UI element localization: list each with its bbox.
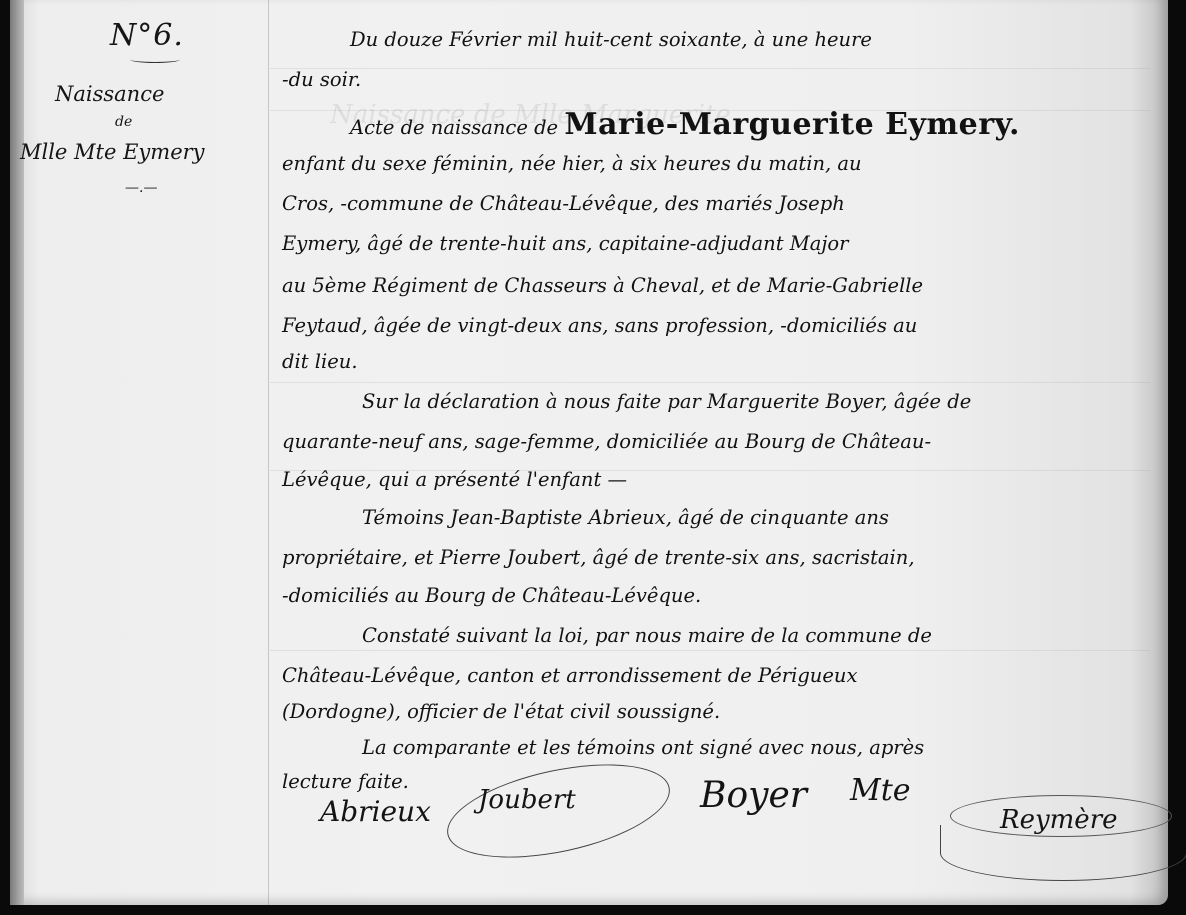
- signature-mte: Mte: [850, 773, 911, 808]
- margin-dash: —.—: [125, 180, 157, 196]
- body-line: Eymery, âgé de trente-huit ans, capitain…: [282, 234, 848, 254]
- body-line: La comparante et les témoins ont signé a…: [362, 738, 924, 758]
- body-line: Cros, -commune de Château-Lévêque, des m…: [282, 194, 845, 214]
- body-line: Constaté suivant la loi, par nous maire …: [362, 626, 932, 646]
- body-line: Acte de naissance de Marie-Marguerite Ey…: [350, 110, 1020, 140]
- body-line: Témoins Jean-Baptiste Abrieux, âgé de ci…: [362, 508, 889, 528]
- signature-abrieux: Abrieux: [320, 795, 431, 828]
- body-line: Du douze Février mil huit-cent soixante,…: [350, 30, 872, 50]
- body-line: enfant du sexe féminin, née hier, à six …: [282, 154, 862, 174]
- ruled-line: [270, 650, 1150, 651]
- margin-title: Naissance: [55, 82, 164, 106]
- scanned-register-page: Naissance de Mlle Marguerite N°6. Naissa…: [0, 0, 1186, 915]
- body-line: -du soir.: [282, 70, 361, 90]
- act-number: N°6.: [110, 18, 184, 53]
- body-line: quarante-neuf ans, sage-femme, domicilié…: [282, 432, 931, 452]
- body-line: Lévêque, qui a présenté l'enfant —: [282, 470, 627, 490]
- signature-joubert: Joubert: [478, 785, 576, 815]
- body-line: -domiciliés au Bourg de Château-Lévêque.: [282, 586, 701, 606]
- signature-block: Abrieux Joubert Boyer Mte Reymère: [310, 765, 1170, 875]
- body-line: au 5ème Régiment de Chasseurs à Cheval, …: [282, 276, 923, 296]
- body-line: Sur la déclaration à nous faite par Marg…: [362, 392, 971, 412]
- body-line: Château-Lévêque, canton et arrondissemen…: [282, 666, 857, 686]
- ruled-line: [270, 382, 1150, 383]
- page-binding-edge: [10, 0, 24, 905]
- act-heading: Acte de naissance de: [350, 116, 558, 139]
- margin-rule-line: [268, 0, 269, 905]
- margin-preposition: de: [115, 114, 132, 130]
- margin-subject-name: Mlle Mte Eymery: [20, 140, 205, 164]
- signature-mayor: Reymère: [1000, 805, 1118, 835]
- body-line: propriétaire, et Pierre Joubert, âgé de …: [282, 548, 915, 568]
- paper-page: Naissance de Mlle Marguerite N°6. Naissa…: [10, 0, 1168, 905]
- body-line: (Dordogne), officier de l'état civil sou…: [282, 702, 720, 722]
- body-line: Feytaud, âgée de vingt-deux ans, sans pr…: [282, 316, 917, 336]
- child-name: Marie-Marguerite Eymery.: [564, 107, 1020, 142]
- signature-boyer: Boyer: [700, 775, 807, 816]
- flourish-underline: [130, 56, 180, 63]
- body-line: dit lieu.: [282, 352, 358, 372]
- ruled-line: [270, 68, 1150, 69]
